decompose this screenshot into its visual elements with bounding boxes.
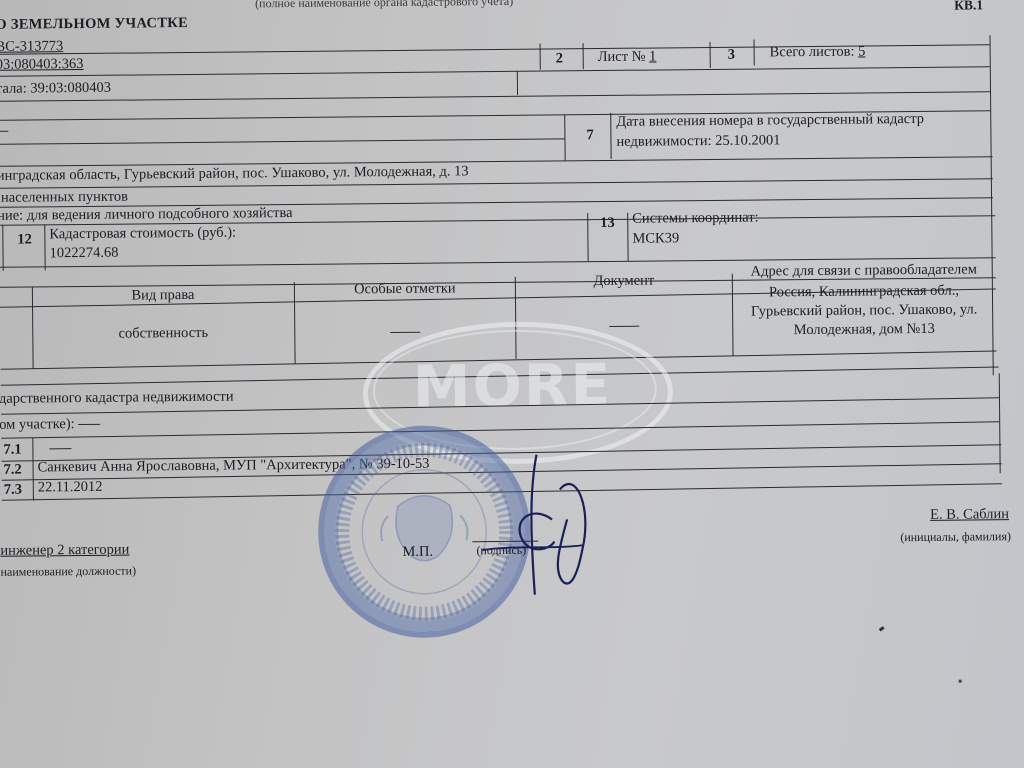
cadastral-value: 1022274.68	[49, 245, 118, 263]
form-code: КВ.1	[954, 0, 983, 14]
col-header-contact-address: Адрес для связи с правообладателем	[732, 261, 996, 281]
sheet-value: 1	[649, 48, 656, 64]
field-7-text-line2: недвижимости: 25.10.2001	[616, 132, 780, 151]
cadastral-quarter: тала: 39:03:080403	[0, 80, 111, 98]
handwritten-signature-icon	[441, 449, 602, 601]
contact-address-line1: Россия, Калининградская обл.,	[732, 282, 996, 302]
field-2-number: 2	[556, 50, 563, 67]
field-12-number: 12	[17, 231, 32, 248]
field-7-number: 7	[586, 127, 593, 144]
coordinate-system-label: Системы координат:	[632, 210, 759, 228]
land-category: населенных пунктов	[1, 189, 128, 207]
registry-text: дарственного кадастра недвижимости	[0, 389, 234, 408]
signer-caption: (инициалы, фамилия)	[900, 529, 1011, 545]
item-7-3-number: 7.3	[4, 482, 22, 499]
coordinate-system: МСК39	[632, 230, 679, 247]
right-type-value: собственность	[32, 324, 294, 344]
signer-name: Е. В. Саблин	[930, 506, 1009, 524]
field-3-number: 3	[728, 47, 735, 64]
item-7-2-number: 7.2	[4, 462, 22, 479]
contact-address-line2: Гурьевский район, пос. Ушаково, ул.	[732, 301, 996, 321]
field-13-number: 13	[600, 215, 615, 232]
position-caption: наименование должности)	[1, 564, 137, 580]
seal-label: М.П.	[402, 544, 433, 561]
parcel-note: ом участке):	[0, 416, 100, 434]
document-title: О ЗЕМЕЛЬНОМ УЧАСТКЕ	[0, 15, 188, 34]
total-value: 5	[858, 43, 865, 59]
authority-caption: (полное наименование органа кадастрового…	[255, 0, 513, 11]
cadastral-passport-page: (полное наименование органа кадастрового…	[0, 0, 1024, 768]
cadastral-number: 03:080403:363	[0, 56, 84, 74]
total-sheets: Всего листов: 5	[770, 43, 866, 61]
signer-position: инженер 2 категории	[0, 542, 129, 560]
watermark-text: MORE	[413, 351, 613, 421]
cadastral-value-label: Кадастровая стоимость (руб.):	[49, 225, 236, 244]
item-7-3-value: 22.11.2012	[38, 479, 103, 497]
col-header-special-marks: Особые отметки	[294, 280, 516, 299]
item-7-1-value	[49, 439, 71, 457]
col-header-document: Документ	[515, 272, 733, 291]
parcel-address: инградская область, Гурьевский район, по…	[0, 163, 469, 185]
contact-address-line3: Молодежная, дом №13	[732, 320, 996, 340]
previous-numbers	[0, 123, 8, 140]
sheet-number: Лист № 1	[598, 48, 657, 66]
item-7-1-number: 7.1	[3, 442, 21, 459]
